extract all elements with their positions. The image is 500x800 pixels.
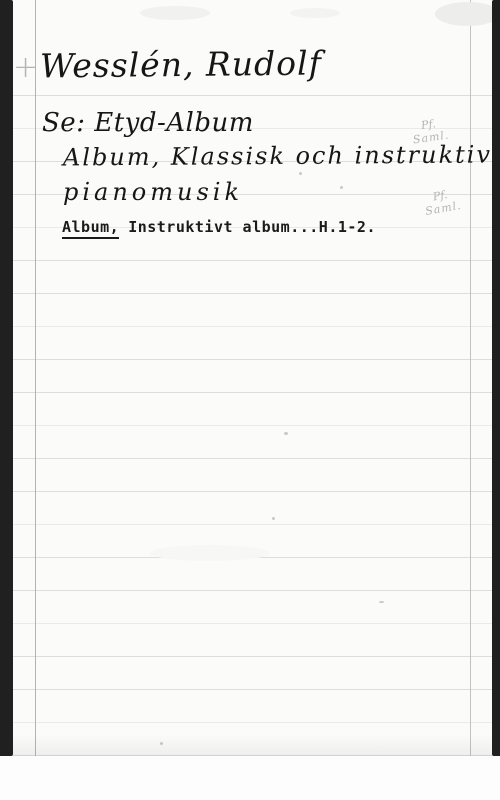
scan-speck <box>340 186 343 189</box>
pencil-annotation-bottom: Pf. Saml. <box>422 186 463 218</box>
reference-title-line-2: pianomusik <box>63 180 243 204</box>
scan-speck <box>272 517 275 520</box>
plus-pencil-mark: + <box>13 52 37 84</box>
typed-entry-description: Instruktivt album...H.1-2. <box>128 218 376 236</box>
scan-speck <box>299 172 302 175</box>
scan-speck <box>379 601 384 603</box>
left-margin-line <box>35 0 36 756</box>
scan-edge-left <box>0 0 13 756</box>
author-heading: Wesslén, Rudolf <box>40 47 322 83</box>
reference-title-line-1: Album, Klassisk och instruktiv <box>63 143 492 170</box>
index-card: + Wesslén, Rudolf Se: Etyd-Album Album, … <box>0 0 500 756</box>
pencil-annotation-top: Pf. Saml. <box>410 116 450 147</box>
typed-entry-heading: Album, <box>62 218 119 239</box>
scan-smudge <box>140 6 210 20</box>
scan-bottom-shade <box>13 734 492 756</box>
scan-smudge <box>150 545 270 561</box>
right-margin-line <box>470 0 471 756</box>
scan-edge-right <box>492 0 500 756</box>
pencil-annotation-bottom-line2: Saml. <box>424 199 462 218</box>
scan-speck <box>284 432 288 435</box>
see-reference-line: Se: Etyd-Album <box>42 110 254 136</box>
scan-smudge <box>435 2 500 26</box>
scan-smudge <box>290 8 340 18</box>
catalog-card-scan: + Wesslén, Rudolf Se: Etyd-Album Album, … <box>0 0 500 800</box>
typed-entry: Album,Instruktivt album...H.1-2. <box>62 218 376 236</box>
